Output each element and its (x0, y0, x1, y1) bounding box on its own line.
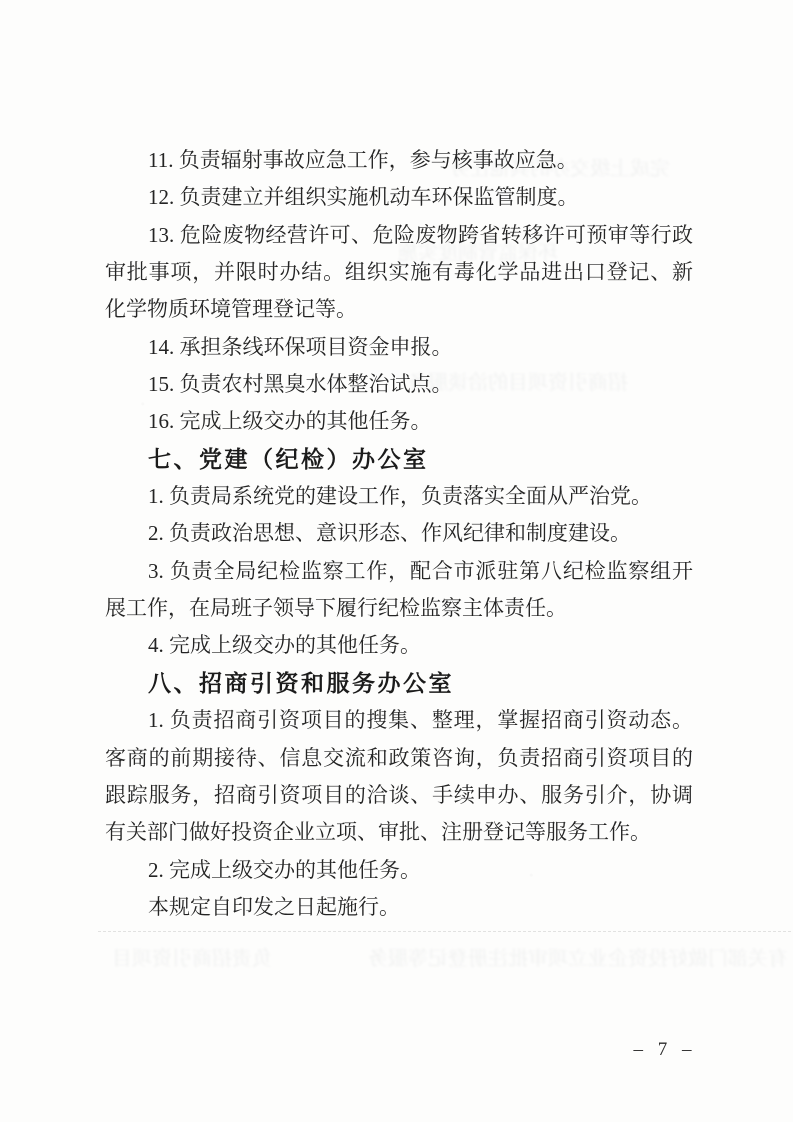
document-body: 11. 负责辐射事故应急工作，参与核事故应急。12. 负责建立并组织实施机动车环… (105, 142, 693, 926)
bleedthrough-artifact: 负责招商引资项目 (112, 942, 272, 971)
text-line: 14. 承担条线环保项目资金申报。 (105, 329, 693, 366)
text-line: 3. 负责全局纪检监察工作，配合市派驻第八纪检监察组开 (105, 553, 693, 590)
paragraph: 15. 负责农村黑臭水体整治试点。 (105, 366, 693, 403)
text-line: 13. 危险废物经营许可、危险废物跨省转移许可预审等行政 (105, 217, 693, 254)
text-line: 2. 完成上级交办的其他任务。 (105, 852, 693, 889)
text-line: 1. 负责局系统党的建设工作，负责落实全面从严治党。 (105, 478, 693, 515)
section-heading: 七、党建（纪检）办公室 (105, 441, 693, 478)
text-line: 16. 完成上级交办的其他任务。 (105, 403, 693, 440)
text-line: 11. 负责辐射事故应急工作，参与核事故应急。 (105, 142, 693, 179)
paragraph: 1. 负责局系统党的建设工作，负责落实全面从严治党。 (105, 478, 693, 515)
bleedthrough-artifact: 有关部门做好投资企业立项审批注册登记等服务 (368, 942, 788, 971)
paragraph: 13. 危险废物经营许可、危险废物跨省转移许可预审等行政审批事项，并限时办结。组… (105, 217, 693, 329)
text-line: 15. 负责农村黑臭水体整治试点。 (105, 366, 693, 403)
text-line: 展工作，在局班子领导下履行纪检监察主体责任。 (105, 590, 693, 627)
paragraph: 14. 承担条线环保项目资金申报。 (105, 329, 693, 366)
text-line: 七、党建（纪检）办公室 (105, 441, 693, 478)
text-line: 本规定自印发之日起施行。 (105, 889, 693, 926)
paragraph: 11. 负责辐射事故应急工作，参与核事故应急。 (105, 142, 693, 179)
text-line: 4. 完成上级交办的其他任务。 (105, 627, 693, 664)
paragraph: 16. 完成上级交办的其他任务。 (105, 403, 693, 440)
page-number: – 7 – (603, 1039, 727, 1061)
text-line: 化学物质环境管理登记等。 (105, 291, 693, 328)
paragraph: 1. 负责招商引资项目的搜集、整理，掌握招商引资动态。客商的前期接待、信息交流和… (105, 702, 693, 851)
text-line: 审批事项，并限时办结。组织实施有毒化学品进出口登记、新 (105, 254, 693, 291)
text-line: 有关部门做好投资企业立项、审批、注册登记等服务工作。 (105, 814, 693, 851)
paragraph: 3. 负责全局纪检监察工作，配合市派驻第八纪检监察组开展工作，在局班子领导下履行… (105, 553, 693, 628)
paragraph: 2. 完成上级交办的其他任务。 (105, 852, 693, 889)
scanned-document-page: 11. 负责辐射事故应急工作，参与核事故应急。12. 负责建立并组织实施机动车环… (0, 0, 793, 1122)
section-heading: 八、招商引资和服务办公室 (105, 665, 693, 702)
text-line: 跟踪服务，招商引资项目的洽谈、手续申办、服务引介，协调 (105, 777, 693, 814)
paragraph: 12. 负责建立并组织实施机动车环保监管制度。 (105, 179, 693, 216)
bleedthrough-rule (98, 931, 791, 932)
text-line: 八、招商引资和服务办公室 (105, 665, 693, 702)
paragraph: 4. 完成上级交办的其他任务。 (105, 627, 693, 664)
text-line: 12. 负责建立并组织实施机动车环保监管制度。 (105, 179, 693, 216)
text-line: 1. 负责招商引资项目的搜集、整理，掌握招商引资动态。 (105, 702, 693, 739)
paragraph: 本规定自印发之日起施行。 (105, 889, 693, 926)
paragraph: 2. 负责政治思想、意识形态、作风纪律和制度建设。 (105, 515, 693, 552)
text-line: 2. 负责政治思想、意识形态、作风纪律和制度建设。 (105, 515, 693, 552)
text-line: 客商的前期接待、信息交流和政策咨询，负责招商引资项目的 (105, 740, 693, 777)
